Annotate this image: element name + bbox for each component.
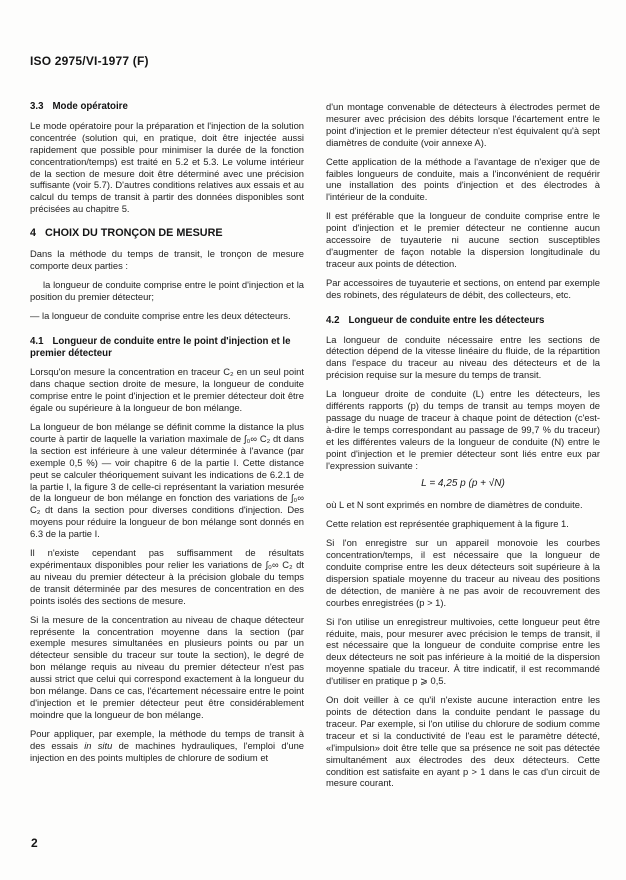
paragraph: où L et N sont exprimés en nombre de dia…	[326, 499, 600, 511]
paragraph: Dans la méthode du temps de transit, le …	[30, 248, 304, 272]
paragraph: Si la mesure de la concentration au nive…	[30, 614, 304, 721]
paragraph: Il n'existe cependant pas suffisamment d…	[30, 547, 304, 607]
right-column: d'un montage convenable de détecteurs à …	[326, 101, 600, 796]
paragraph: On doit veiller à ce qu'il n'existe aucu…	[326, 694, 600, 789]
section-heading-4-1: 4.1Longueur de conduite entre le point d…	[30, 336, 304, 360]
list-item: la longueur de conduite comprise entre l…	[30, 279, 304, 303]
two-column-layout: 3.3Mode opératoire Le mode opératoire po…	[30, 101, 600, 796]
paragraph: d'un montage convenable de détecteurs à …	[326, 101, 600, 149]
section-heading-4-2: 4.2Longueur de conduite entre les détect…	[326, 315, 600, 327]
section-number: 3.3	[30, 101, 43, 112]
paragraph: Le mode opératoire pour la préparation e…	[30, 120, 304, 215]
italic-term: in situ	[84, 740, 112, 751]
equation-transit-length: L = 4,25 p (p + √N)	[326, 478, 600, 490]
document-reference-header: ISO 2975/VI-1977 (F)	[30, 54, 149, 68]
section-heading-4: 4CHOIX DU TRONÇON DE MESURE	[30, 228, 304, 240]
page-number: 2	[31, 836, 38, 850]
section-title: Longueur de conduite entre le point d'in…	[30, 336, 291, 359]
paragraph: Par accessoires de tuyauterie et section…	[326, 277, 600, 301]
paragraph: Si l'on utilise un enregistreur multivoi…	[326, 616, 600, 687]
section-title: Longueur de conduite entre les détecteur…	[348, 315, 544, 326]
paragraph: Cette relation est représentée graphique…	[326, 518, 600, 530]
section-title: CHOIX DU TRONÇON DE MESURE	[45, 227, 223, 239]
paragraph: Il est préférable que la longueur de con…	[326, 210, 600, 270]
section-number: 4	[30, 227, 36, 239]
paragraph: Pour appliquer, par exemple, la méthode …	[30, 728, 304, 764]
paragraph: Cette application de la méthode a l'avan…	[326, 156, 600, 204]
section-number: 4.2	[326, 315, 339, 326]
paragraph: La longueur de conduite nécessaire entre…	[326, 334, 600, 382]
section-number: 4.1	[30, 336, 43, 347]
paragraph: La longueur de bon mélange se définit co…	[30, 421, 304, 540]
document-page: ISO 2975/VI-1977 (F) 3.3Mode opératoire …	[0, 0, 626, 880]
section-heading-3-3: 3.3Mode opératoire	[30, 101, 304, 113]
paragraph: Si l'on enregistre sur un appareil monov…	[326, 537, 600, 608]
paragraph: La longueur droite de conduite (L) entre…	[326, 388, 600, 471]
section-title: Mode opératoire	[52, 101, 127, 112]
left-column: 3.3Mode opératoire Le mode opératoire po…	[30, 101, 304, 796]
list-item: — la longueur de conduite comprise entre…	[30, 310, 304, 322]
paragraph: Lorsqu'on mesure la concentration en tra…	[30, 366, 304, 414]
